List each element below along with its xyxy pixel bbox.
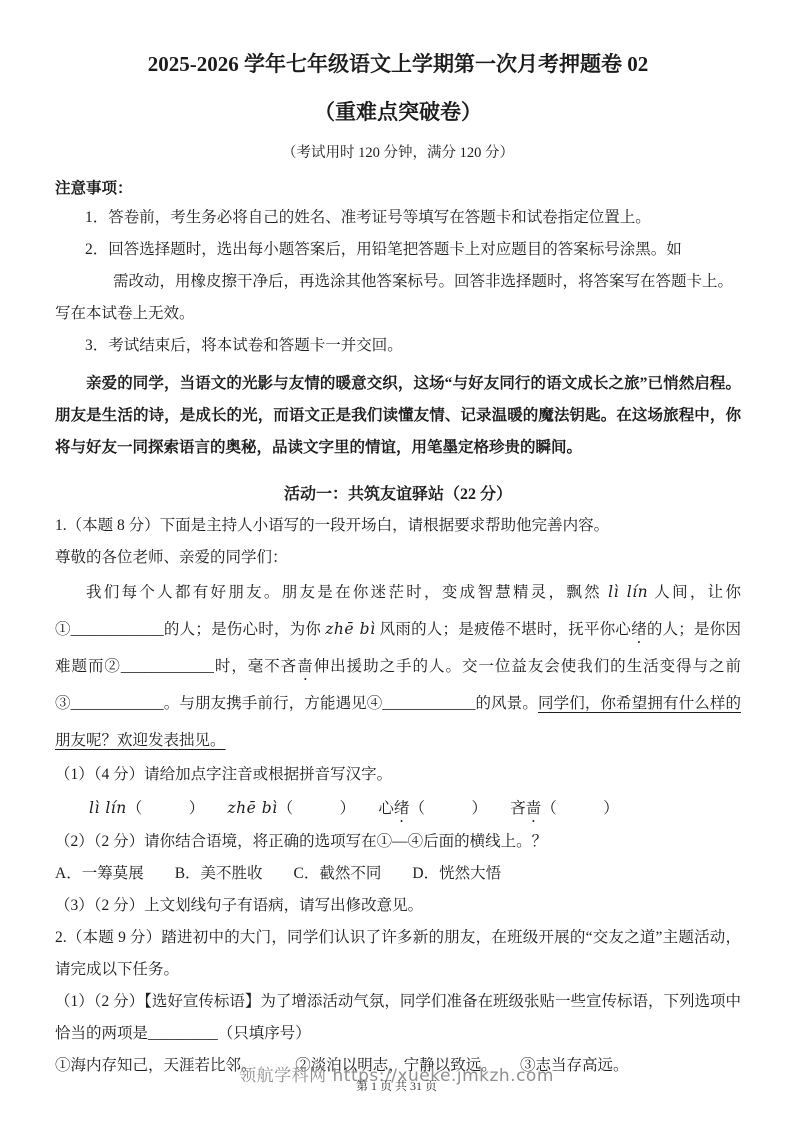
answer-brackets: （ ） 吝 xyxy=(409,800,525,817)
page-subtitle: （重难点突破卷） xyxy=(55,96,741,128)
page-title: 2025-2026 学年七年级语文上学期第一次月考押题卷 02 xyxy=(55,48,741,80)
pinyin-li-lin: lì lín xyxy=(608,583,648,601)
notice-item-3: 3．考试结束后，将本试卷和答题卡一并交回。 xyxy=(55,330,741,362)
intro-paragraph: 亲爱的同学，当语文的光影与友情的暖意交织，这场“与好友同行的语文成长之旅”已悄然… xyxy=(55,368,741,464)
notice-item-2: 2．回答选择题时，选出每小题答案后，用铅笔把答题卡上对应题目的答案标号涂黑。如 xyxy=(55,234,741,266)
pinyin-zhe-bi: zhē bì xyxy=(228,799,278,817)
exam-duration-info: （考试用时 120 分钟，满分 120 分） xyxy=(55,142,741,164)
notice-item-2-continued: 需改动，用橡皮擦干净后，再选涂其他答案标号。回答非选择题时，将答案写在答题卡上。 xyxy=(55,266,741,298)
notice-item-1: 1．答卷前，考生务必将自己的姓名、准考证号等填写在答题卡和试卷指定位置上。 xyxy=(55,202,741,234)
answer-brackets: （ ） xyxy=(541,800,619,817)
pinyin-answer-row: lì lín（ ） zhē bì（ ） 心绪（ ） 吝啬（ ） xyxy=(55,791,741,826)
page-number: 第 1 页 共 31 页 xyxy=(0,1077,793,1094)
question-1-stem: 1.（本题 8 分）下面是主持人小语写的一段开场白，请根据要求帮助他完善内容。 xyxy=(55,510,741,542)
dotted-char-xu: 绪 xyxy=(394,800,410,817)
dotted-char-se: 啬 xyxy=(526,800,542,817)
notice-heading: 注意事项： xyxy=(55,176,741,202)
answer-brackets: （ ） xyxy=(127,800,228,817)
activity-one-heading: 活动一：共筑友谊驿站（22 分） xyxy=(55,480,741,510)
answer-brackets: （ ） 心 xyxy=(278,800,394,817)
question-1-options: A．一筹莫展 B．美不胜收 C．截然不同 D．恍然大悟 xyxy=(55,858,741,890)
question-2-sub1: （1）（2 分）【选好宣传标语】为了增添活动气氛，同学们准备在班级张贴一些宣传标… xyxy=(55,986,741,1050)
pinyin-li-lin: lì lín xyxy=(89,799,127,817)
notice-item-2-end: 写在本试卷上无效。 xyxy=(55,298,741,330)
dotted-char-se: 啬 xyxy=(297,658,313,675)
pinyin-zhe-bi: zhē bì xyxy=(325,620,375,638)
speech-text: 我们每个人都有好朋友。朋友是在你迷茫时，变成智慧精灵，飘然 xyxy=(86,584,608,601)
question-1-sub1: （1）（4 分）请给加点字注音或根据拼音写汉字。 xyxy=(55,759,741,791)
speech-salutation: 尊敬的各位老师、亲爱的同学们： xyxy=(55,542,741,574)
question-2-stem: 2.（本题 9 分）踏进初中的大门，同学们认识了许多新的朋友，在班级开展的“交友… xyxy=(55,922,741,986)
dotted-char-xu: 绪 xyxy=(631,621,647,638)
exam-page: 2025-2026 学年七年级语文上学期第一次月考押题卷 02 （重难点突破卷）… xyxy=(0,0,793,1122)
speech-text: 风雨的人；是疲倦不堪时，抚平你心 xyxy=(376,621,632,638)
question-1-sub2: （2）（2 分）请你结合语境，将正确的选项写在①—④后面的横线上。？ xyxy=(55,826,741,858)
speech-paragraph: 我们每个人都有好朋友。朋友是在你迷茫时，变成智慧精灵，飘然 lì lín 人间，… xyxy=(55,574,741,759)
question-1-sub3: （3）（2 分）上文划线句子有语病，请写出修改意见。 xyxy=(55,890,741,922)
